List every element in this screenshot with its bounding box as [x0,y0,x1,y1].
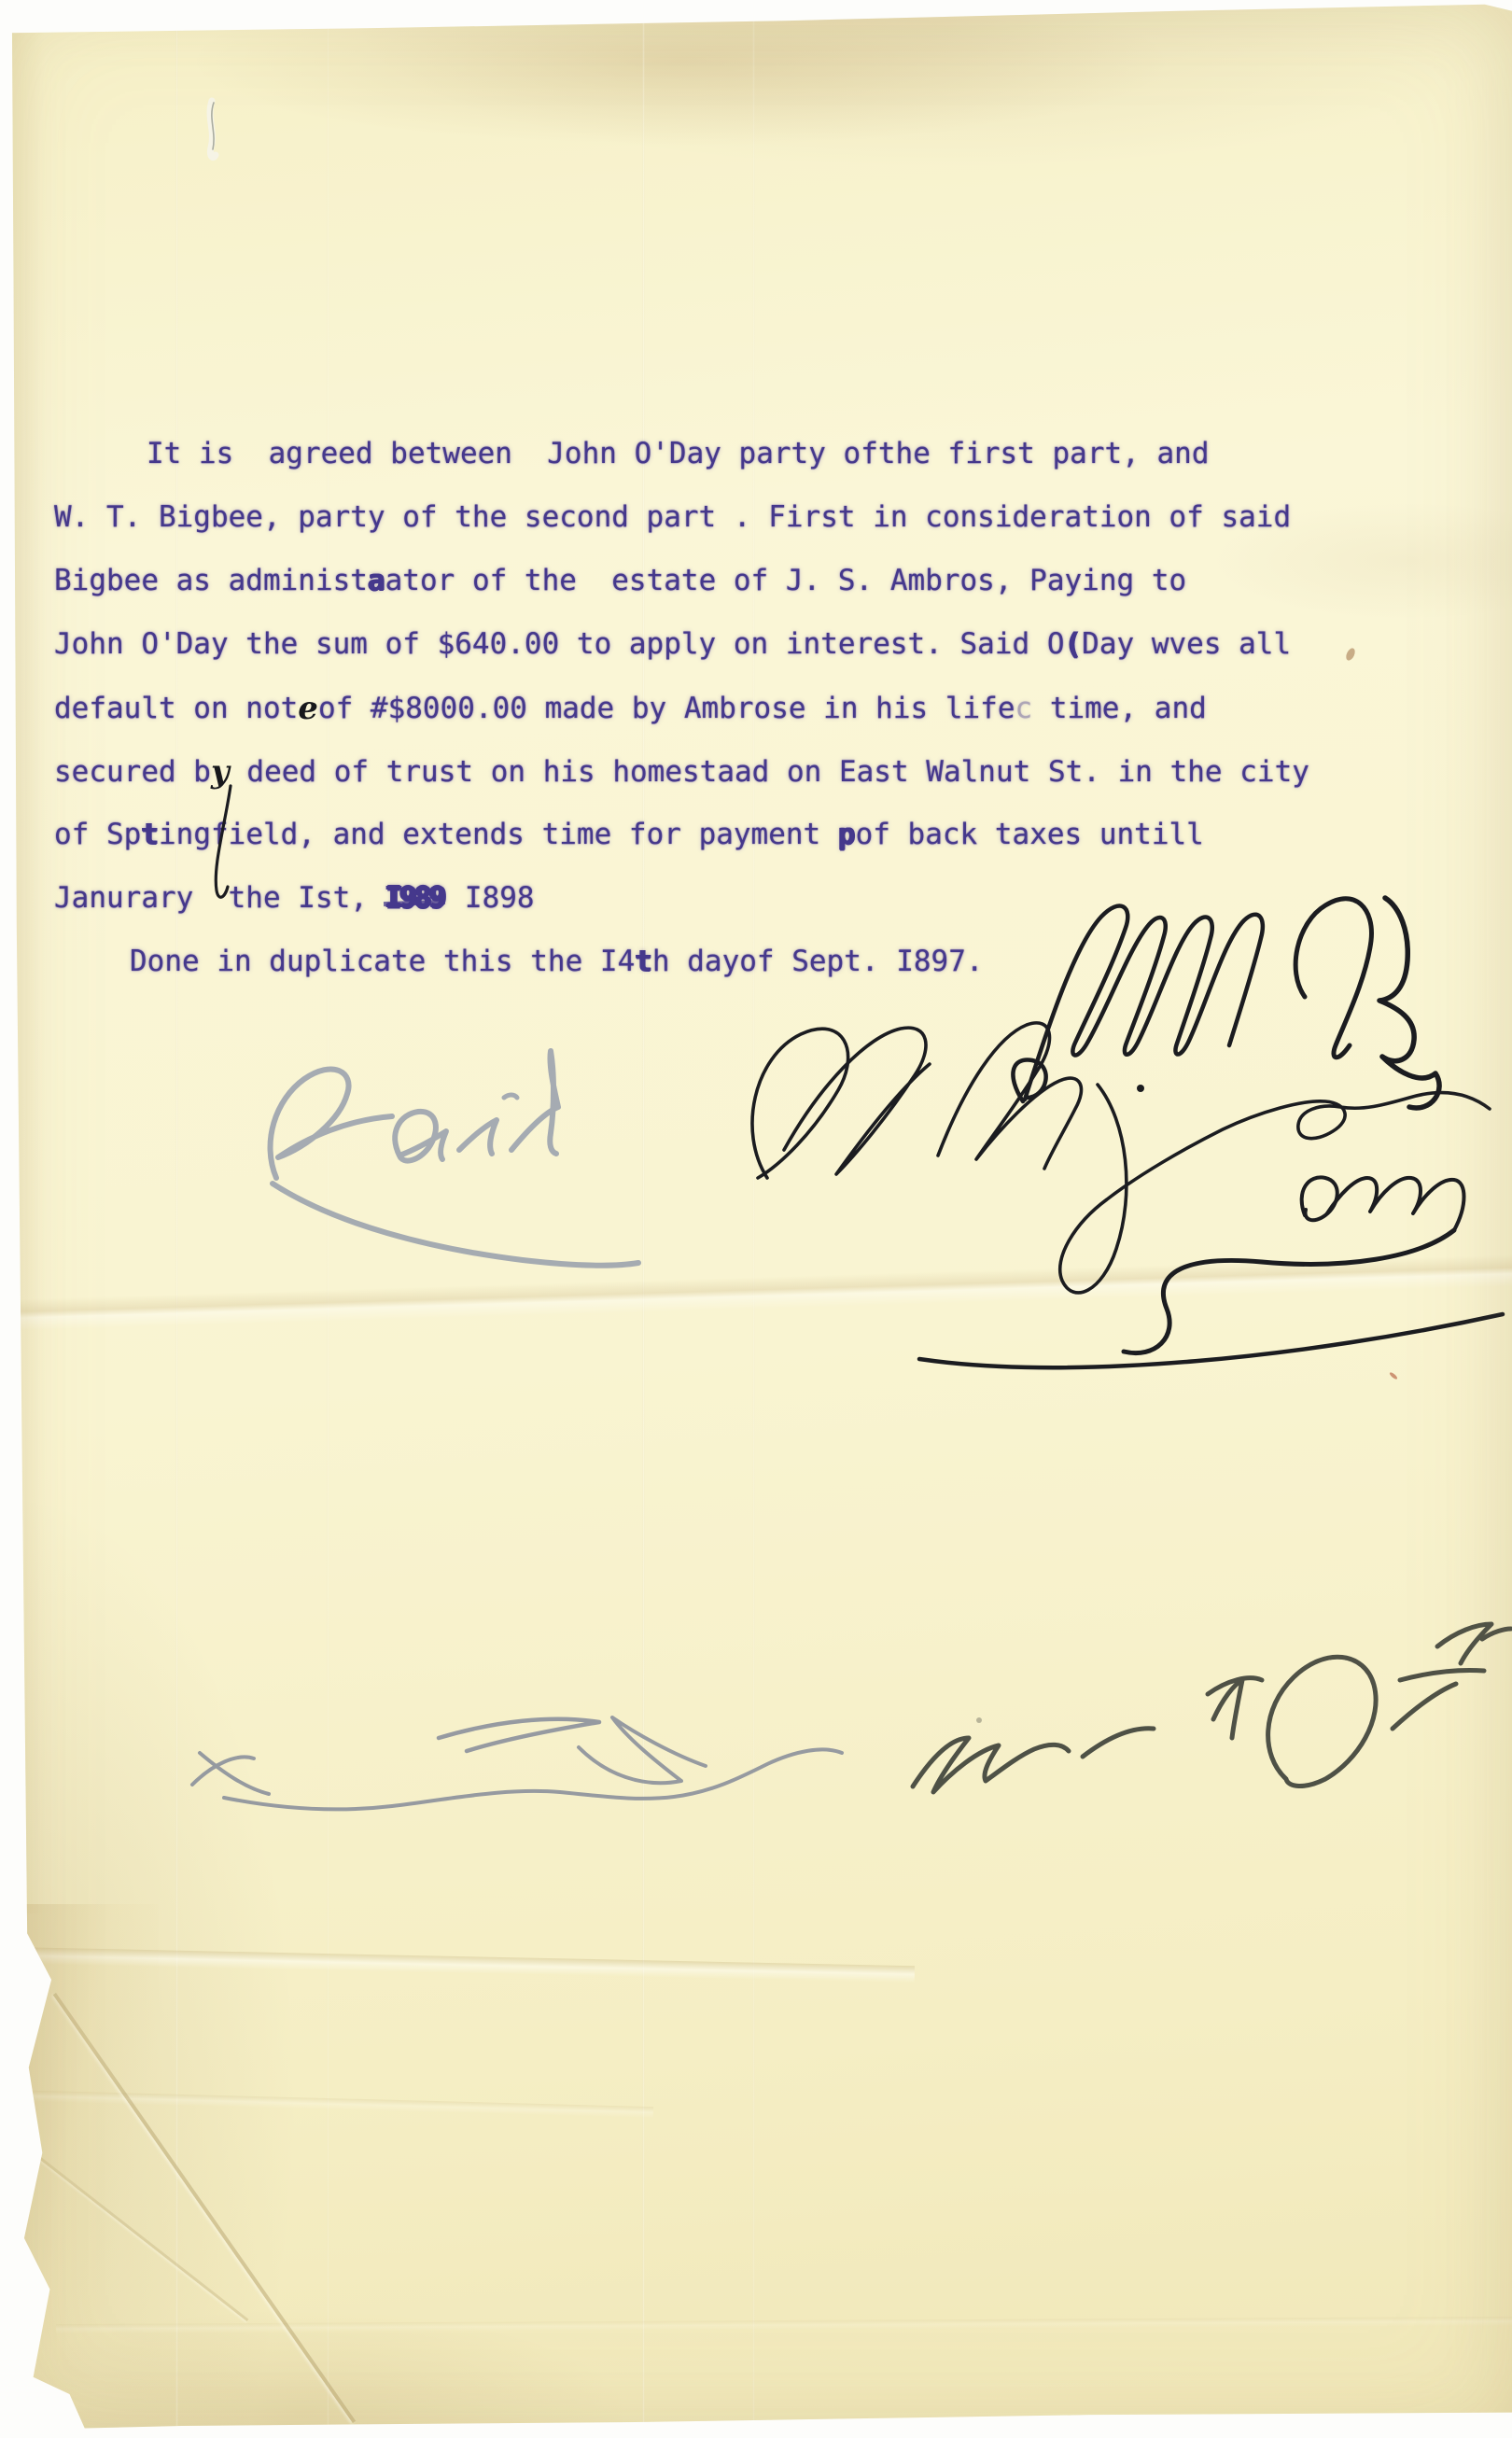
typed-segment: default on not [54,692,298,725]
typed-segment: t [635,945,652,978]
vertical-fold-line [752,0,755,2438]
vertical-fold-line [175,0,178,2438]
left-edge-shading [0,28,56,1913]
typed-segment: deed of trust on his homestaad on East W… [230,755,1309,789]
typed-line: Bigbee as administaator of the estate of… [54,549,1473,612]
ink-dot [1137,1085,1144,1092]
typed-segment: It is agreed between John O'Day party of… [147,437,1209,470]
typed-segment: I898 [447,881,534,915]
typed-line: John O'Day the sum of $640.00 to apply o… [54,612,1473,676]
typed-segment: of back taxes untill [856,818,1204,851]
typed-segment: ator of the estate of J. S. Ambros, Payi… [385,564,1187,597]
document-scan: It is agreed between John O'Day party of… [0,0,1512,2438]
typed-segment: Done in duplicate this the I4 [130,945,635,978]
typed-segment: John O'Day the sum of $640.00 to apply o… [54,627,1065,661]
corner-crease [53,1993,356,2423]
typed-line: of Sptingfield, and extends time for pay… [54,803,1473,866]
typed-segment: ingfield, and extends time for payment [159,818,838,851]
typed-segment: I989 [385,866,444,930]
docket-note-handwriting [192,1624,1511,1809]
typed-segment: W. T. Bigbee, party of the second part .… [54,500,1291,534]
typed-line: It is agreed between John O'Day party of… [54,422,1473,485]
paper-sheet: It is agreed between John O'Day party of… [0,0,1512,2438]
vertical-fold-line [327,0,329,2438]
typed-line: W. T. Bigbee, party of the second part .… [54,485,1473,549]
handwritten-ink-correction: y [211,753,230,791]
typed-segment: ( [1065,627,1083,661]
typed-segment: of Sp [54,818,141,851]
paper-scratch-shadow [212,103,214,149]
typed-segment: c [1015,692,1032,725]
typed-segment: Day wves all [1082,627,1291,661]
typed-segment: time, and [1032,692,1207,725]
typed-segment: Janurary the Ist, [54,881,385,915]
handwritten-ink-correction: e [298,690,318,727]
typed-segment: t [141,818,159,851]
typed-segment: of #$8000.00 made by Ambrose in his life [318,692,1015,725]
ink-overlay [0,0,1512,2438]
typed-segment: p [838,818,856,851]
typed-line: Janurary the Ist, I989 I898 [54,866,1473,930]
horizontal-crease [56,2317,1512,2333]
corner-crease [26,2147,248,2321]
paper-scratch [210,101,216,158]
typed-segment: Bigbee as administ [54,564,368,597]
crumpled-left-edge [0,1904,159,2438]
typed-line: Done in duplicate this the I4th dayof Se… [54,930,1473,993]
diagonal-crease [0,1254,1512,1332]
typed-segment: secured b [54,755,211,789]
typed-segment: a [368,564,385,597]
typed-text: It is agreed between John O'Day party of… [54,422,1473,993]
ink-speck [976,1717,982,1723]
paid-note-handwriting [271,1051,638,1266]
typed-line: secured by deed of trust on his homestaa… [54,739,1473,803]
ink-speck [1389,1371,1398,1380]
typed-line: default on noteof #$8000.00 made by Ambr… [54,676,1473,739]
horizontal-crease [0,1947,915,1983]
typed-segment: h dayof Sept. I897. [652,945,984,978]
vertical-fold-line [642,0,645,2438]
bigbee-signature-handwriting [752,1023,1503,1367]
